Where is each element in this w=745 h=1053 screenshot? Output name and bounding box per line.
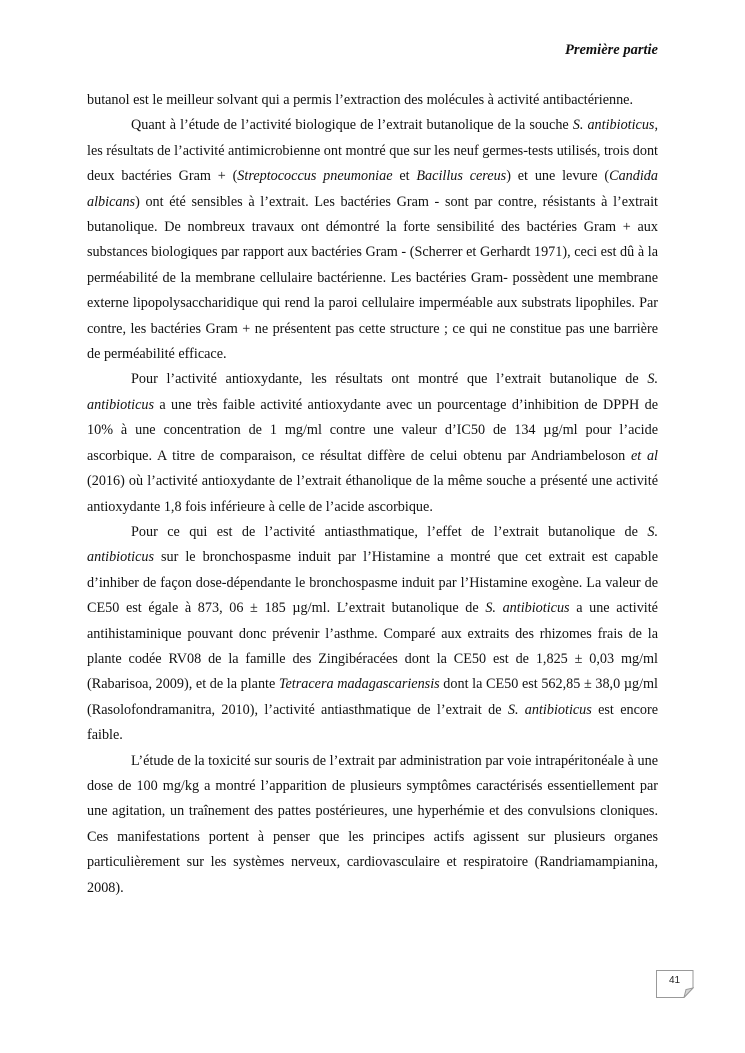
italic-term: Tetracera madagascariensis — [279, 676, 440, 692]
text-run: Quant à l’étude de l’activité biologique… — [131, 117, 573, 133]
text-run: ) et une levure ( — [506, 168, 609, 184]
paragraph: butanol est le meilleur solvant qui a pe… — [87, 88, 658, 113]
text-run: Pour l’activité antioxydante, les résult… — [131, 371, 647, 387]
paragraph: Pour ce qui est de l’activité antiasthma… — [87, 520, 658, 749]
page-number: 41 — [656, 975, 693, 986]
text-run: (2016) où l’activité antioxydante de l’e… — [87, 473, 658, 514]
italic-term: S. antibioticus — [508, 702, 592, 718]
text-run: et — [393, 168, 417, 184]
body-text: butanol est le meilleur solvant qui a pe… — [87, 88, 658, 901]
paragraph: Pour l’activité antioxydante, les résult… — [87, 367, 658, 519]
paragraph: Quant à l’étude de l’activité biologique… — [87, 113, 658, 367]
italic-term: Streptococcus pneumoniae — [237, 168, 392, 184]
paragraph: L’étude de la toxicité sur souris de l’e… — [87, 749, 658, 901]
running-header: Première partie — [565, 42, 658, 59]
text-run: ) ont été sensibles à l’extrait. Les bac… — [87, 194, 658, 362]
text-run: L’étude de la toxicité sur souris de l’e… — [87, 753, 658, 896]
italic-term: S. antibioticus — [485, 600, 569, 616]
italic-term: S. antibioticus — [573, 117, 655, 133]
text-run: butanol est le meilleur solvant qui a pe… — [87, 92, 633, 108]
text-run: Pour ce qui est de l’activité antiasthma… — [131, 524, 647, 540]
italic-term: et al — [631, 448, 658, 464]
page-number-box: 41 — [656, 970, 693, 997]
italic-term: Bacillus cereus — [416, 168, 506, 184]
text-run: a une très faible activité antioxydante … — [87, 397, 658, 464]
